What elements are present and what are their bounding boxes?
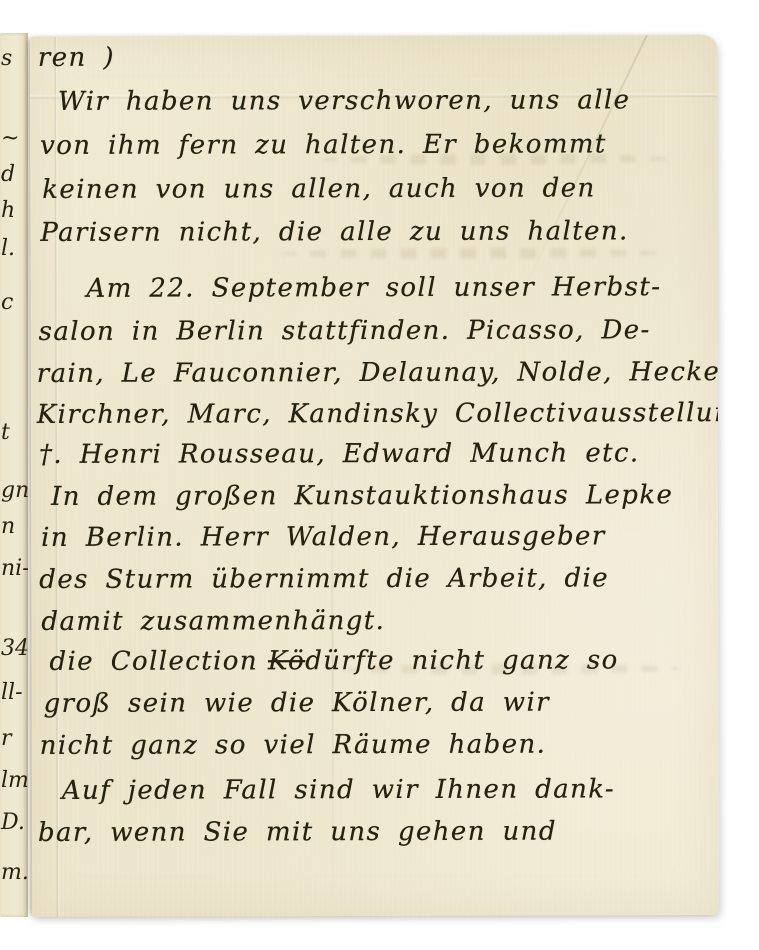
letter-line: damit zusammenhängt. [41, 606, 385, 637]
letter-line: groß sein wie die Kölner, da wir [44, 688, 550, 719]
margin-fragment: ni- [1, 556, 28, 581]
margin-fragment: m. [1, 860, 28, 885]
margin-fragment: ~ [1, 126, 19, 151]
letter-line: des Sturm übernimmt die Arbeit, die [39, 563, 609, 594]
margin-fragment: s [1, 46, 12, 71]
margin-fragment: r [1, 726, 12, 751]
adjacent-page-edge: s ~ d h l. c t gn n ni- 34 ll- r lm D. m… [0, 33, 28, 917]
letter-line: salon in Berlin stattfinden. Picasso, De… [39, 315, 651, 347]
margin-fragment: ll- [1, 680, 23, 705]
letter-line: ren ) [38, 43, 115, 73]
letter-page: ren ) Wir haben uns verschworen, uns all… [30, 35, 719, 917]
margin-fragment: t [1, 420, 10, 445]
margin-fragment: c [1, 290, 13, 315]
letter-line: In dem großen Kunstauktionshaus Lepke [51, 480, 673, 512]
letter-line: Parisern nicht, die alle zu uns halten. [40, 216, 628, 248]
letter-text: ren ) Wir haben uns verschworen, uns all… [30, 35, 719, 917]
letter-line: bar, wenn Sie mit uns gehen und [38, 817, 557, 848]
corrected-line-struck-word: Kö [268, 646, 305, 676]
letter-line: Auf jeden Fall sind wir Ihnen dank- [62, 774, 615, 805]
margin-fragment: 34 [1, 636, 28, 661]
margin-fragment: gn [1, 478, 28, 503]
letter-line: rain, Le Fauconnier, Delaunay, Nolde, He… [37, 357, 719, 389]
corrected-line-post: dürfte nicht ganz so [305, 645, 619, 676]
margin-fragment: lm [1, 768, 28, 793]
letter-line: Kirchner, Marc, Kandinsky Collectivausst… [37, 398, 719, 430]
margin-fragment: n [1, 514, 15, 539]
margin-fragment: l. [1, 236, 15, 261]
margin-fragment: h [1, 198, 15, 223]
letter-line: Am 22. September soll unser Herbst- [86, 272, 661, 304]
margin-fragment: D. [1, 810, 25, 835]
corrected-line-pre: die Collection [49, 646, 258, 677]
letter-line-corrected: die CollectionKödürfte nicht ganz so [49, 645, 618, 676]
letter-line: keinen von uns allen, auch von den [42, 173, 595, 204]
letter-line: in Berlin. Herr Walden, Herausgeber [41, 521, 606, 552]
letter-line: Wir haben uns verschworen, uns alle [58, 85, 631, 116]
letter-line: †. Henri Rousseau, Edward Munch etc. [39, 438, 640, 470]
letter-line: von ihm fern zu halten. Er bekommt [40, 129, 607, 160]
letter-line: nicht ganz so viel Räume haben. [40, 730, 547, 761]
letter-scan: s ~ d h l. c t gn n ni- 34 ll- r lm D. m… [0, 0, 759, 950]
margin-fragment: d [1, 162, 15, 187]
